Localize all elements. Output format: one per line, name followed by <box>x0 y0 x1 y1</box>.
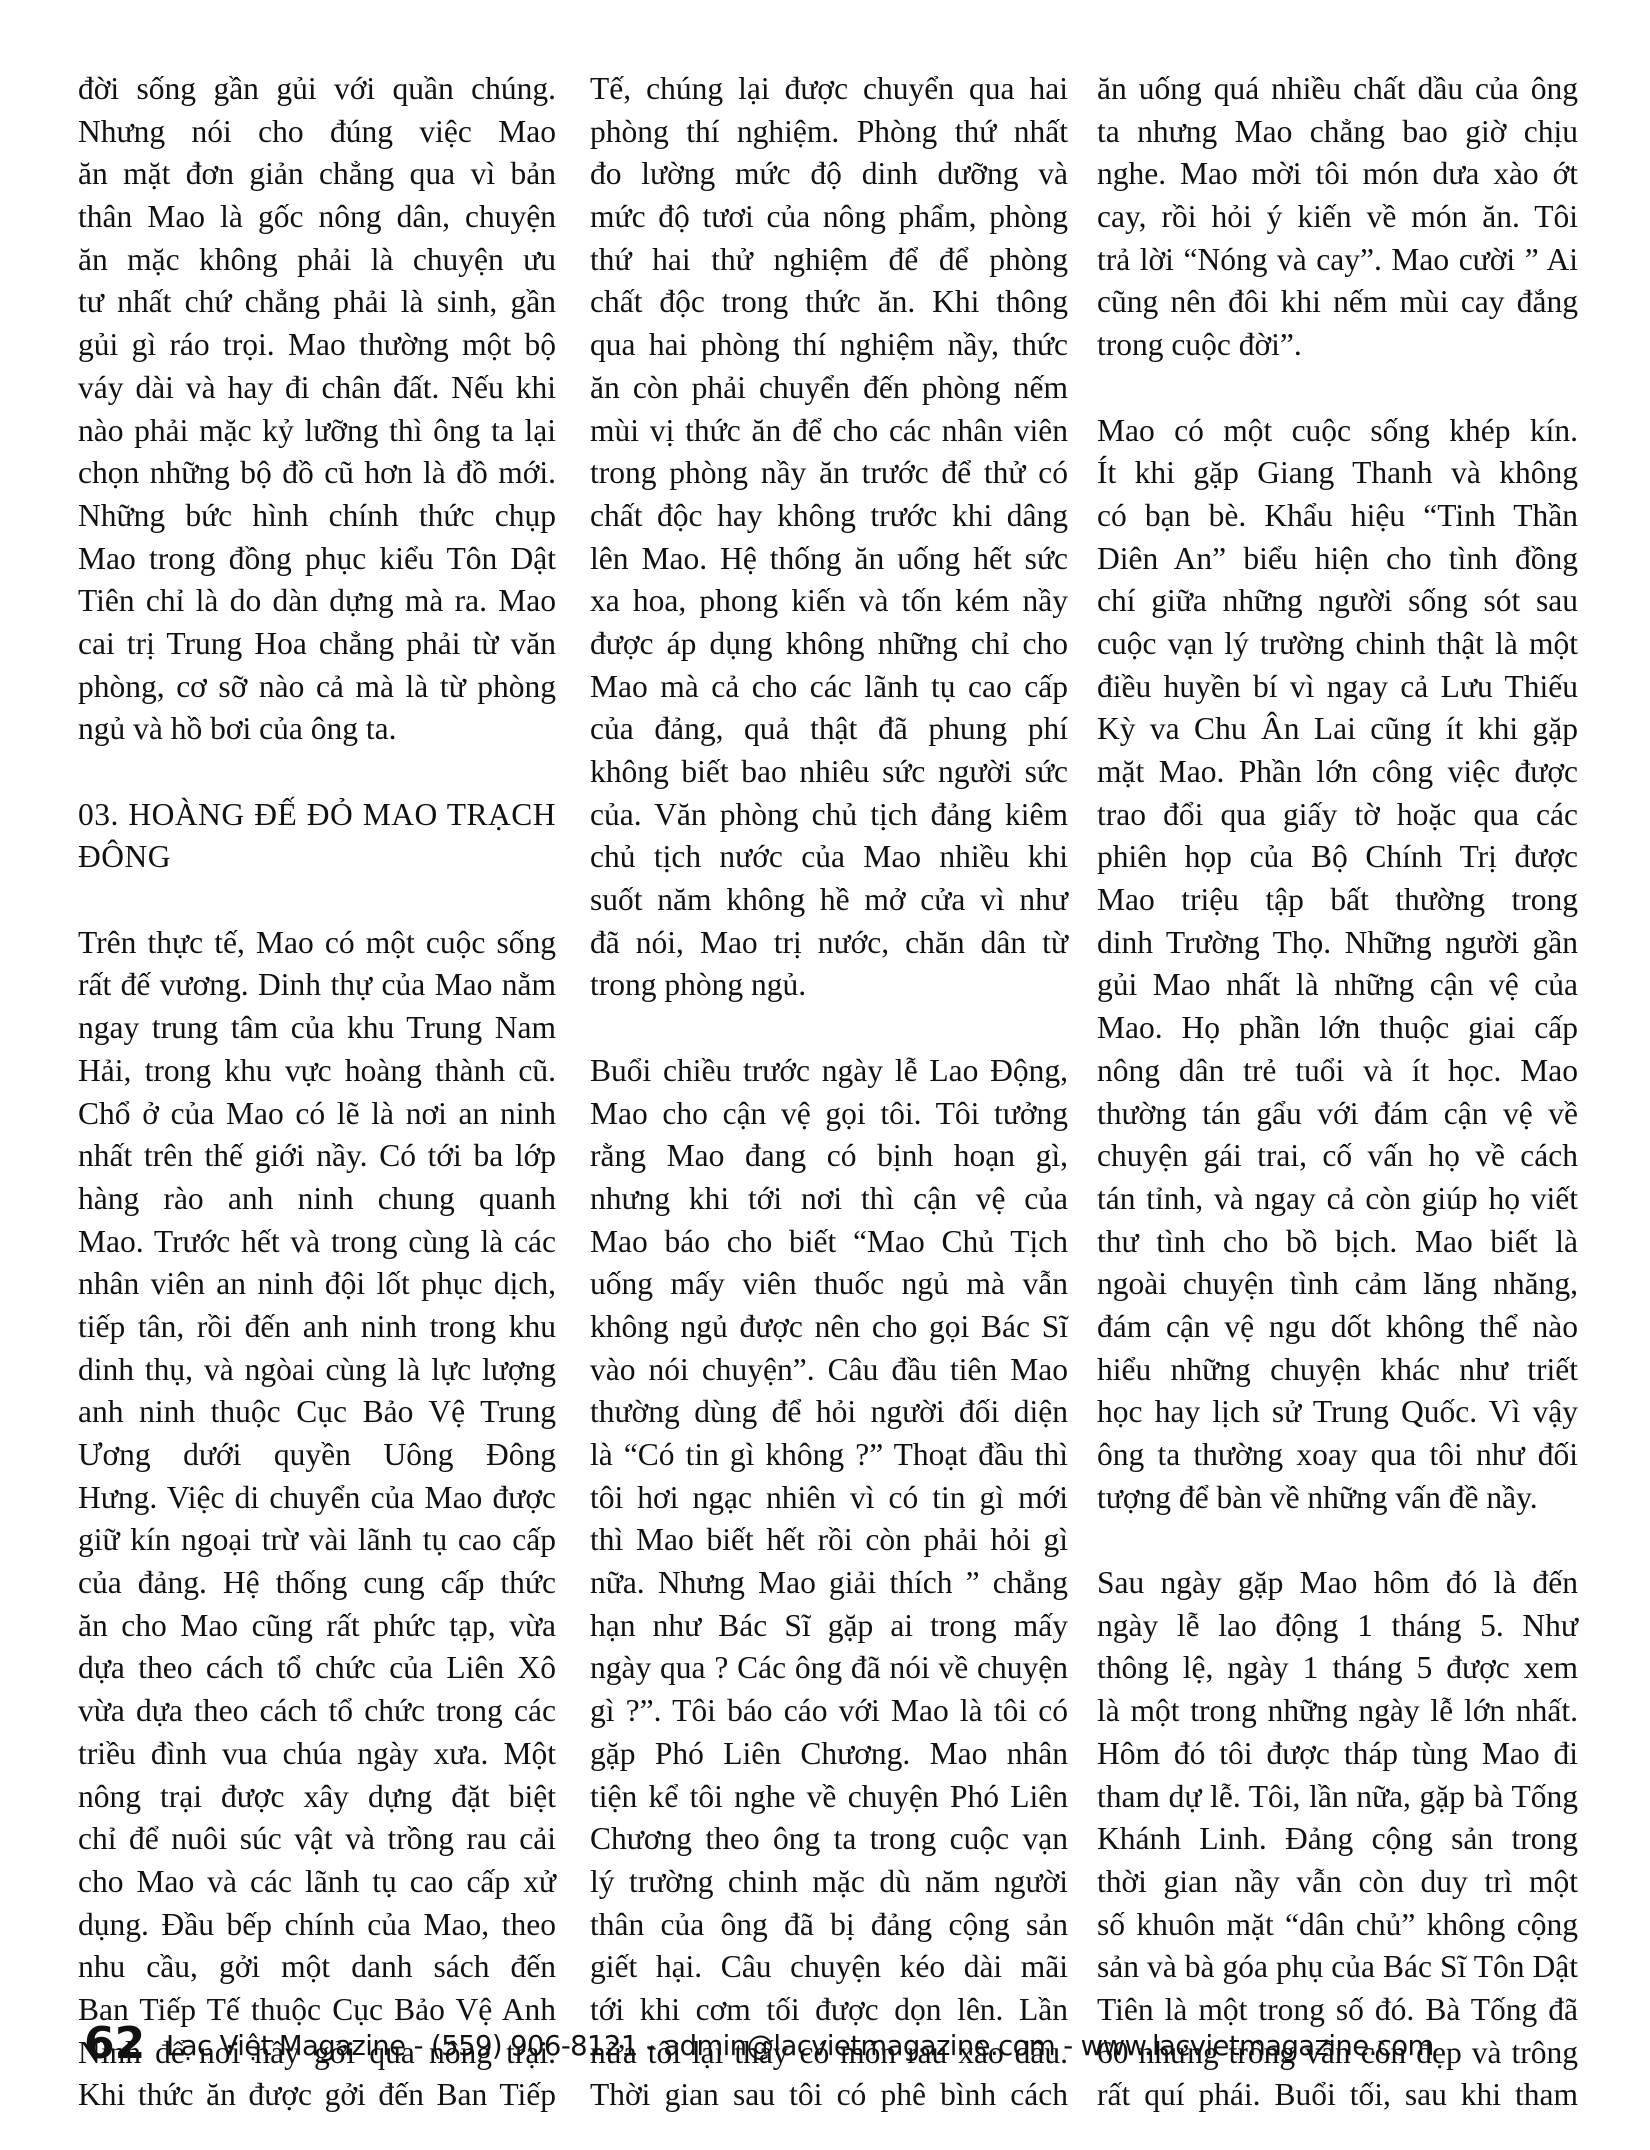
text-line: triều đình vua chúa ngày xưa. Một <box>78 1733 556 1776</box>
text-line: 03. HOÀNG ĐẾ ĐỎ MAO TRẠCH <box>78 794 556 837</box>
text-line: đám cận vệ ngu dốt không thể nào <box>1097 1306 1578 1349</box>
text-line: ĐÔNG <box>78 836 556 879</box>
text-line: mặt Mao. Phần lớn công việc được <box>1097 751 1578 794</box>
text-line: thư tình cho bồ bịch. Mao biết là <box>1097 1221 1578 1264</box>
text-line: Khánh Linh. Đảng cộng sản trong <box>1097 1818 1578 1861</box>
text-line: nhất trên thế giới nầy. Có tới ba lớp <box>78 1135 556 1178</box>
text-line: trao đổi qua giấy tờ hoặc qua các <box>1097 794 1578 837</box>
text-line: rằng Mao đang có bịnh hoạn gì, <box>590 1135 1068 1178</box>
text-line: trả lời “Nóng và cay”. Mao cười ” Ai <box>1097 239 1578 282</box>
text-line: lý trường chinh mặc dù năm người <box>590 1861 1068 1904</box>
page-number: 62 <box>84 2018 145 2069</box>
text-line: Chổ ở của Mao có lẽ là nơi an ninh <box>78 1093 556 1136</box>
text-line: thân Mao là gốc nông dân, chuyện <box>78 196 556 239</box>
text-line: gặp Phó Liên Chương. Mao nhân <box>590 1733 1068 1776</box>
text-line: số khuôn mặt “dân chủ” không cộng <box>1097 1904 1578 1947</box>
text-line: thường dùng để hỏi người đối diện <box>590 1391 1068 1434</box>
text-line: chỉ để nuôi súc vật và trồng rau cải <box>78 1818 556 1861</box>
text-line: chất độc hay không trước khi dâng <box>590 495 1068 538</box>
text-line: thường tán gẩu với đám cận vệ về <box>1097 1093 1578 1136</box>
text-line: nhu cầu, gởi một danh sách đến <box>78 1946 556 1989</box>
text-line: trong cuộc đời”. <box>1097 324 1578 367</box>
text-line: qua hai phòng thí nghiệm nầy, thức <box>590 324 1068 367</box>
text-line: Chương theo ông ta trong cuộc vạn <box>590 1818 1068 1861</box>
text-line: thông lệ, ngày 1 tháng 5 được xem <box>1097 1647 1578 1690</box>
text-line: Mao mà cả cho các lãnh tụ cao cấp <box>590 666 1068 709</box>
text-line: là một trong những ngày lễ lớn nhất. <box>1097 1690 1578 1733</box>
text-line: phòng, cơ sỡ nào cả mà là từ phòng <box>78 666 556 709</box>
text-line: mức độ tươi của nông phẩm, phòng <box>590 196 1068 239</box>
text-line: chuyện gái trai, cố vấn họ về cách <box>1097 1135 1578 1178</box>
text-line: dựa theo cách tổ chức của Liên Xô <box>78 1647 556 1690</box>
text-line: Tế, chúng lại được chuyển qua hai <box>590 68 1068 111</box>
text-line: Hải, trong khu vực hoàng thành cũ. <box>78 1050 556 1093</box>
text-line: nữa. Nhưng Mao giải thích ” chẳng <box>590 1562 1068 1605</box>
text-line: là “Có tin gì không ?” Thoạt đầu thì <box>590 1434 1068 1477</box>
paragraph: Buổi chiều trước ngày lễ Lao Động,Mao ch… <box>590 1050 1068 2117</box>
article-column-2: Tế, chúng lại được chuyển qua haiphòng t… <box>590 68 1068 2117</box>
text-line: không ngủ được nên cho gọi Bác Sĩ <box>590 1306 1068 1349</box>
text-line: của. Văn phòng chủ tịch đảng kiêm <box>590 794 1068 837</box>
text-line: của đảng, quả thật đã phung phí <box>590 708 1068 751</box>
text-line: Mao. Họ phần lớn thuộc giai cấp <box>1097 1007 1578 1050</box>
paragraph: Tế, chúng lại được chuyển qua haiphòng t… <box>590 68 1068 1007</box>
text-line: sản và bà góa phụ của Bác Sĩ Tôn Dật <box>1097 1946 1578 1989</box>
text-line: Tiên chỉ là do dàn dựng mà ra. Mao <box>78 580 556 623</box>
text-line: thì Mao biết hết rồi còn phải hỏi gì <box>590 1519 1068 1562</box>
text-line: cai trị Trung Hoa chẳng phải từ văn <box>78 623 556 666</box>
text-line: ăn cho Mao cũng rất phức tạp, vừa <box>78 1605 556 1648</box>
text-line: giữ kín ngoại trừ vài lãnh tụ cao cấp <box>78 1519 556 1562</box>
text-line: dụng. Đầu bếp chính của Mao, theo <box>78 1904 556 1947</box>
text-line: tư nhất chứ chẳng phải là sinh, gần <box>78 281 556 324</box>
text-line: xa hoa, phong kiến và tốn kém nầy <box>590 580 1068 623</box>
text-line: Mao triệu tập bất thường trong <box>1097 879 1578 922</box>
text-line: chất độc trong thức ăn. Khi thông <box>590 281 1068 324</box>
text-line: ông ta thường xoay qua tôi như đối <box>1097 1434 1578 1477</box>
text-line: Ương dưới quyền Uông Đông <box>78 1434 556 1477</box>
text-line: ăn còn phải chuyển đến phòng nếm <box>590 367 1068 410</box>
text-line: Mao. Trước hết và trong cùng là các <box>78 1221 556 1264</box>
text-line: không biết bao nhiêu sức người sức <box>590 751 1068 794</box>
article-column-3: ăn uống quá nhiều chất dầu của ôngta như… <box>1097 68 1578 2117</box>
text-line: lên Mao. Hệ thống ăn uống hết sức <box>590 538 1068 581</box>
text-line: đo lường mức độ dinh dưỡng và <box>590 153 1068 196</box>
text-line: trong phòng nầy ăn trước để thử có <box>590 452 1068 495</box>
text-line: nghe. Mao mời tôi món dưa xào ớt <box>1097 153 1578 196</box>
text-line: chọn những bộ đồ cũ hơn là đồ mới. <box>78 452 556 495</box>
text-line: nhưng khi tới nơi thì cận vệ của <box>590 1178 1068 1221</box>
text-line: Mao trong đồng phục kiểu Tôn Dật <box>78 538 556 581</box>
text-line: gì ?”. Tôi báo cáo với Mao là tôi có <box>590 1690 1068 1733</box>
text-line: Mao có một cuộc sống khép kín. <box>1097 410 1578 453</box>
text-line: suốt năm không hề mở cửa vì như <box>590 879 1068 922</box>
text-line: tiện kể tôi nghe về chuyện Phó Liên <box>590 1776 1068 1819</box>
text-line: thứ hai thử nghiệm để để phòng <box>590 239 1068 282</box>
text-line: tượng để bàn về những vấn đề nầy. <box>1097 1477 1578 1520</box>
text-line: thân của ông đã bị đảng cộng sản <box>590 1904 1068 1947</box>
text-line: cũng nên đôi khi nếm mùi cay đắng <box>1097 281 1578 324</box>
text-line: có bạn bè. Khẩu hiệu “Tinh Thần <box>1097 495 1578 538</box>
paragraph-gap <box>1097 1519 1578 1562</box>
text-line: thời gian nầy vẫn còn duy trì một <box>1097 1861 1578 1904</box>
section-heading: 03. HOÀNG ĐẾ ĐỎ MAO TRẠCHĐÔNG <box>78 794 556 879</box>
text-line: Ít khi gặp Giang Thanh và không <box>1097 452 1578 495</box>
text-line: Buổi chiều trước ngày lễ Lao Động, <box>590 1050 1068 1093</box>
text-line: đời sống gần gủi với quần chúng. <box>78 68 556 111</box>
text-line: gủi Mao nhất là những cận vệ của <box>1097 964 1578 1007</box>
text-line: nhân viên an ninh đội lốt phục dịch, <box>78 1263 556 1306</box>
text-line: dinh thụ, và ngòai cùng là lực lượng <box>78 1349 556 1392</box>
text-line: ngày qua ? Các ông đã nói về chuyện <box>590 1647 1068 1690</box>
text-line: ăn uống quá nhiều chất dầu của ông <box>1097 68 1578 111</box>
text-line: tán tỉnh, và ngay cả còn giúp họ viết <box>1097 1178 1578 1221</box>
text-line: chủ tịch nước của Mao nhiều khi <box>590 836 1068 879</box>
text-line: Sau ngày gặp Mao hôm đó là đến <box>1097 1562 1578 1605</box>
text-line: được áp dụng không những chỉ cho <box>590 623 1068 666</box>
text-line: hiểu những chuyện khác như triết <box>1097 1349 1578 1392</box>
text-line: nông trại được xây dựng đặt biệt <box>78 1776 556 1819</box>
paragraph: Trên thực tế, Mao có một cuộc sốngrất đế… <box>78 922 556 2117</box>
text-line: Hôm đó tôi được tháp tùng Mao đi <box>1097 1733 1578 1776</box>
text-line: trong phòng ngủ. <box>590 964 1068 1007</box>
text-line: Diên An” biểu hiện cho tình đồng <box>1097 538 1578 581</box>
text-line: tham dự lễ. Tôi, lần nữa, gặp bà Tống <box>1097 1776 1578 1819</box>
text-line: ngay trung tâm của khu Trung Nam <box>78 1007 556 1050</box>
text-line: cuộc vạn lý trường chinh thật là một <box>1097 623 1578 666</box>
paragraph-gap <box>78 751 556 794</box>
text-line: tôi hơi ngạc nhiên vì có tin gì mới <box>590 1477 1068 1520</box>
text-line: tiếp tân, rồi đến anh ninh trong khu <box>78 1306 556 1349</box>
paragraph: Mao có một cuộc sống khép kín.Ít khi gặp… <box>1097 410 1578 1520</box>
paragraph-gap <box>1097 367 1578 410</box>
text-line: của đảng. Hệ thống cung cấp thức <box>78 1562 556 1605</box>
footer-contact-line: Lạc Việt Magazine - (559) 906-8121 - adm… <box>166 2030 1434 2062</box>
paragraph-gap <box>590 1007 1068 1050</box>
text-line: chí giữa những người sống sót sau <box>1097 580 1578 623</box>
text-line: Kỳ va Chu Ân Lai cũng ít khi gặp <box>1097 708 1578 751</box>
text-line: hàng rào anh ninh chung quanh <box>78 1178 556 1221</box>
text-line: ta nhưng Mao chẳng bao giờ chịu <box>1097 111 1578 154</box>
text-line: đã nói, Mao trị nước, chăn dân từ <box>590 922 1068 965</box>
text-line: Hưng. Việc di chuyển của Mao được <box>78 1477 556 1520</box>
text-line: váy dài và hay đi chân đất. Nếu khi <box>78 367 556 410</box>
page-footer: 62 Lạc Việt Magazine - (559) 906-8121 - … <box>0 2022 1650 2082</box>
text-line: uống mấy viên thuốc ngủ mà vẫn <box>590 1263 1068 1306</box>
text-line: gủi gì ráo trọi. Mao thường một bộ <box>78 324 556 367</box>
paragraph-gap <box>78 879 556 922</box>
text-line: phòng thí nghiệm. Phòng thứ nhất <box>590 111 1068 154</box>
text-line: ngủ và hồ bơi của ông ta. <box>78 708 556 751</box>
text-line: Trên thực tế, Mao có một cuộc sống <box>78 922 556 965</box>
text-line: nào phải mặc kỷ lưỡng thì ông ta lại <box>78 410 556 453</box>
text-line: cay, rồi hỏi ý kiến về món ăn. Tôi <box>1097 196 1578 239</box>
text-line: điều huyền bí vì ngay cả Lưu Thiếu <box>1097 666 1578 709</box>
text-line: ăn mặc không phải là chuyện ưu <box>78 239 556 282</box>
text-line: Mao cho cận vệ gọi tôi. Tôi tưởng <box>590 1093 1068 1136</box>
text-line: Mao báo cho biết “Mao Chủ Tịch <box>590 1221 1068 1264</box>
text-line: học hay lịch sử Trung Quốc. Vì vậy <box>1097 1391 1578 1434</box>
text-line: phiên họp của Bộ Chính Trị được <box>1097 836 1578 879</box>
text-line: Nhưng nói cho đúng việc Mao <box>78 111 556 154</box>
paragraph: đời sống gần gủi với quần chúng.Nhưng nó… <box>78 68 556 751</box>
text-line: cho Mao và các lãnh tụ cao cấp xử <box>78 1861 556 1904</box>
text-line: ngoài chuyện tình cảm lăng nhăng, <box>1097 1263 1578 1306</box>
text-line: mùi vị thức ăn để cho các nhân viên <box>590 410 1068 453</box>
text-line: ăn mặt đơn giản chẳng qua vì bản <box>78 153 556 196</box>
text-line: vào nói chuyện”. Câu đầu tiên Mao <box>590 1349 1068 1392</box>
article-column-1: đời sống gần gủi với quần chúng.Nhưng nó… <box>78 68 556 2117</box>
text-line: rất đế vương. Dinh thự của Mao nằm <box>78 964 556 1007</box>
text-line: nông dân trẻ tuổi và ít học. Mao <box>1097 1050 1578 1093</box>
text-line: dinh Trường Thọ. Những người gần <box>1097 922 1578 965</box>
text-line: vừa dựa theo cách tổ chức trong các <box>78 1690 556 1733</box>
text-line: ngày lễ lao động 1 tháng 5. Như <box>1097 1605 1578 1648</box>
text-line: hạn như Bác Sĩ gặp ai trong mấy <box>590 1605 1068 1648</box>
text-line: giết hại. Câu chuyện kéo dài mãi <box>590 1946 1068 1989</box>
text-line: anh ninh thuộc Cục Bảo Vệ Trung <box>78 1391 556 1434</box>
text-line: Những bức hình chính thức chụp <box>78 495 556 538</box>
paragraph: ăn uống quá nhiều chất dầu của ôngta như… <box>1097 68 1578 367</box>
